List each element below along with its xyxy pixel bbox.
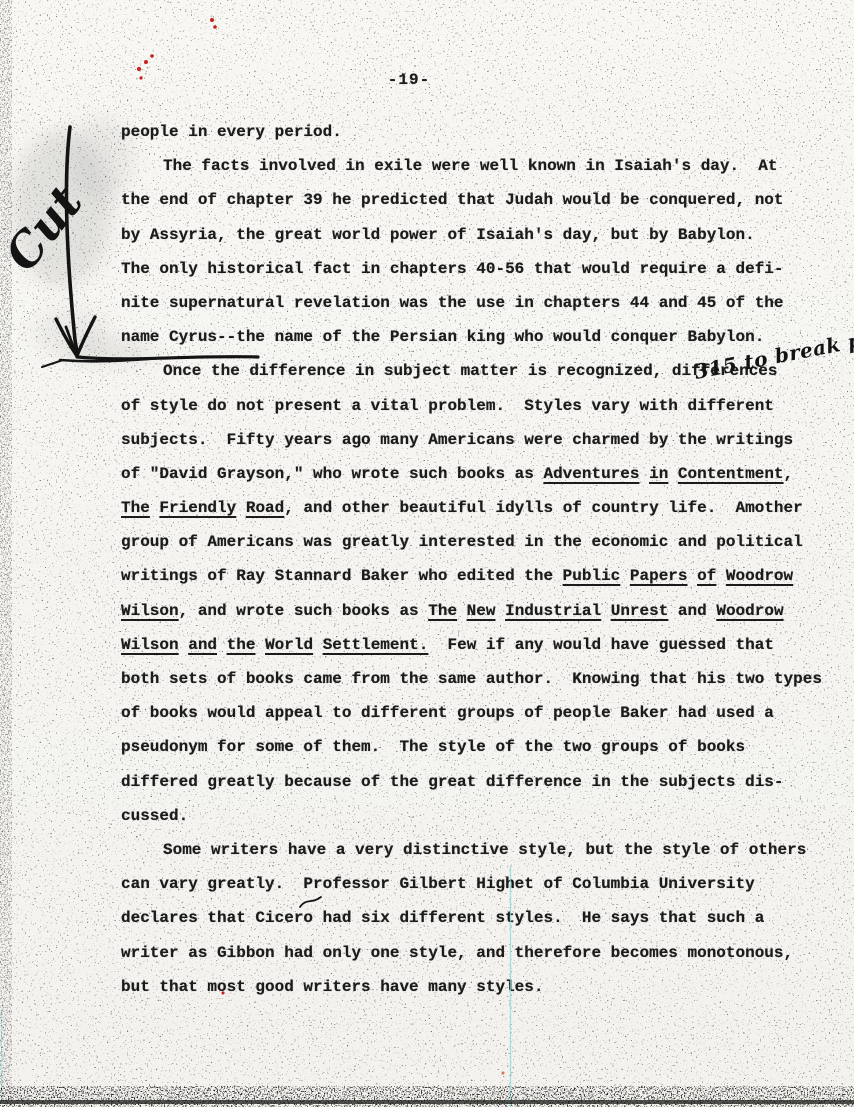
- scanned-page: { "page": { "number": "-19-" }, "typescr…: [0, 0, 854, 1107]
- text-line: the end of chapter 39 he predicted that …: [121, 183, 831, 217]
- underlined-title-word: Settlement.: [323, 636, 429, 654]
- text-line: writer as Gibbon had only one style, and…: [121, 936, 831, 970]
- text-line: Some writers have a very distinctive sty…: [121, 833, 831, 867]
- text-line: of books would appeal to different group…: [121, 696, 831, 730]
- text-line: The only historical fact in chapters 40-…: [121, 252, 831, 286]
- text-line: Once the difference in subject matter is…: [121, 354, 831, 388]
- underlined-title-word: Unrest: [611, 602, 669, 620]
- text-line: nite supernatural revelation was the use…: [121, 286, 831, 320]
- text-line: name Cyrus--the name of the Persian king…: [121, 320, 831, 354]
- text-line: Wilson, and wrote such books as The New …: [121, 594, 831, 628]
- underlined-title-word: Road: [246, 499, 284, 517]
- underlined-title-word: Wilson: [121, 602, 179, 620]
- underlined-title-word: Contentment: [678, 465, 784, 483]
- underlined-title-word: Adventures: [543, 465, 639, 483]
- text-line: cussed.: [121, 799, 831, 833]
- underlined-title-word: The: [428, 602, 457, 620]
- underlined-title-word: Wilson: [121, 636, 179, 654]
- underlined-title-word: of: [697, 567, 716, 585]
- underlined-title-word: Industrial: [505, 602, 601, 620]
- text-line: Wilson and the World Settlement. Few if …: [121, 628, 831, 662]
- text-line: of "David Grayson," who wrote such books…: [121, 457, 831, 491]
- underlined-title-word: World: [265, 636, 313, 654]
- text-line: declares that Cicero had six different s…: [121, 901, 831, 935]
- text-line: both sets of books came from the same au…: [121, 662, 831, 696]
- text-line: The Friendly Road, and other beautiful i…: [121, 491, 831, 525]
- underlined-title-word: in: [649, 465, 668, 483]
- text-line: of style do not present a vital problem.…: [121, 389, 831, 423]
- underlined-title-word: the: [227, 636, 256, 654]
- underlined-title-word: and: [188, 636, 217, 654]
- text-line: The facts involved in exile were well kn…: [121, 149, 831, 183]
- text-line: writings of Ray Stannard Baker who edite…: [121, 559, 831, 593]
- underlined-title-word: Public: [563, 567, 621, 585]
- underlined-title-word: Friendly: [159, 499, 236, 517]
- text-line: but that most good writers have many sty…: [121, 970, 831, 1004]
- underlined-title-word: New: [467, 602, 496, 620]
- typed-text: people in every period.The facts involve…: [121, 115, 831, 1004]
- page-number: -19-: [381, 71, 437, 89]
- underlined-title-word: Woodrow: [726, 567, 793, 585]
- text-line: subjects. Fifty years ago many Americans…: [121, 423, 831, 457]
- underlined-title-word: Papers: [630, 567, 688, 585]
- text-line: people in every period.: [121, 115, 831, 149]
- text-line: group of Americans was greatly intereste…: [121, 525, 831, 559]
- underlined-title-word: Woodrow: [716, 602, 783, 620]
- text-line: differed greatly because of the great di…: [121, 765, 831, 799]
- text-line: can vary greatly. Professor Gilbert High…: [121, 867, 831, 901]
- underlined-title-word: The: [121, 499, 150, 517]
- text-line: by Assyria, the great world power of Isa…: [121, 218, 831, 252]
- text-line: pseudonym for some of them. The style of…: [121, 730, 831, 764]
